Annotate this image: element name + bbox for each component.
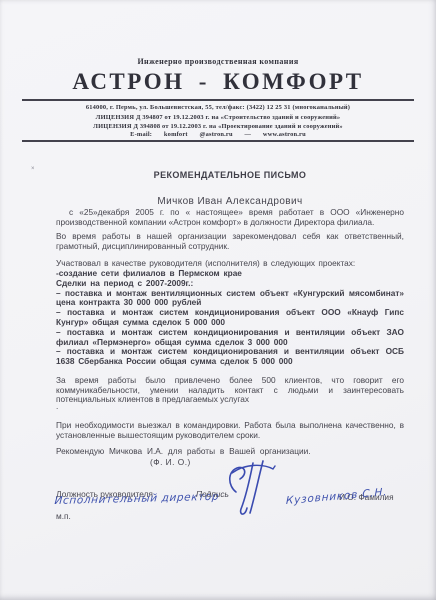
project-line: – поставка и монтаж систем кондициониров…: [56, 308, 404, 328]
clients-paragraph: За время работы было привлечено более 50…: [56, 376, 404, 405]
scanned-letter-page: Инженерно производственная компания АСТР…: [0, 0, 436, 600]
intro-paragraph: с «25»декабря 2005 г. по « настоящее» вр…: [56, 208, 404, 227]
project-line: – поставка и монтаж систем кондициониров…: [56, 328, 404, 348]
letter-title: РЕКОМЕНДАТЕЛЬНОЕ ПИСЬМО: [56, 171, 404, 181]
trips-paragraph: При необходимости выезжал в командировки…: [56, 421, 404, 440]
license-line-2: ЛИЦЕНЗИЯ Д 394808 от 19.12.2003 г. на «П…: [0, 123, 436, 130]
letterhead-divider-bottom: [22, 140, 414, 142]
company-address: 614000, г. Пермь, ул. Большевистская, 55…: [0, 104, 436, 111]
stray-period-mark: .: [56, 401, 58, 411]
company-name: АСТРОН - КОМФОРТ: [0, 69, 436, 95]
fio-note: (Ф. И. О.): [150, 457, 191, 467]
handwritten-name: Кузовников С.Н.: [286, 486, 388, 507]
company-type-line: Инженерно производственная компания: [0, 57, 436, 66]
handwritten-signature-icon: [220, 456, 276, 525]
letterhead-divider-top: [22, 99, 414, 101]
project-line: – поставка и монтаж вентиляционных систе…: [56, 289, 404, 309]
license-line-1: ЛИЦЕНЗИЯ Д 394807 от 19.12.2003 г. на «С…: [0, 114, 436, 121]
seal-place-label: м.п.: [56, 511, 71, 521]
scan-speck: ×: [31, 166, 35, 172]
person-name: Мичков Иван Александрович: [56, 197, 404, 207]
project-line: – поставка и монтаж систем кондициониров…: [56, 347, 404, 367]
qualities-paragraph: Во время работы в нашей организации заре…: [56, 232, 404, 251]
company-contacts: E-mail: komfort @astron.ru — www.astron.…: [0, 131, 436, 138]
projects-list: -создание сети филиалов в Пермском крае …: [56, 269, 404, 367]
